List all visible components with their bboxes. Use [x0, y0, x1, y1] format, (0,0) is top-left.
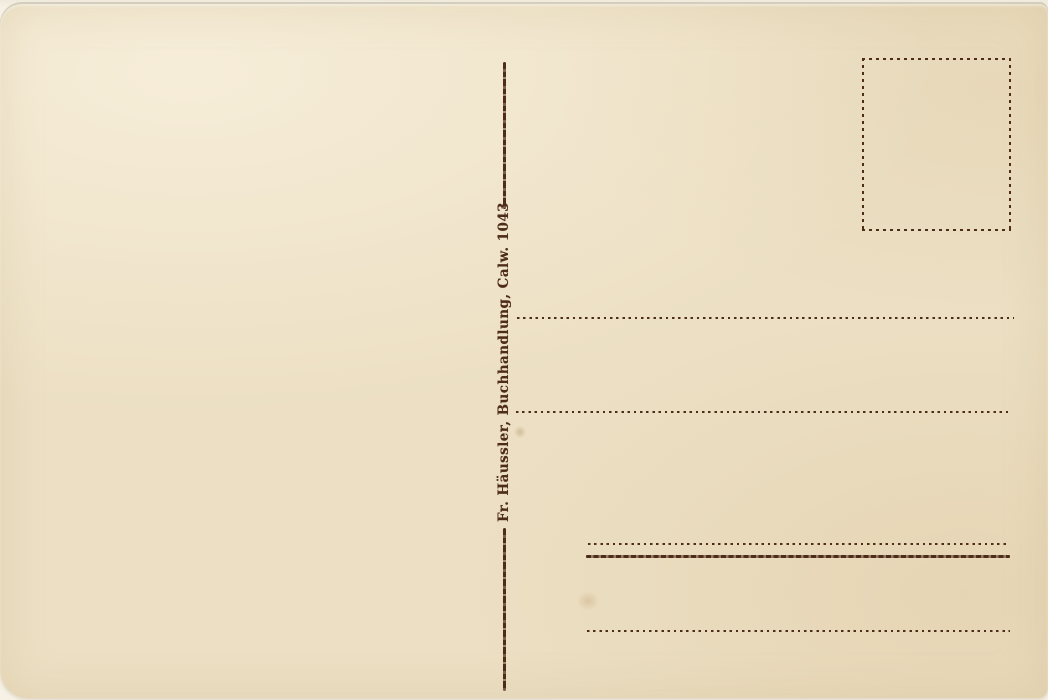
address-line-3-heavy — [586, 555, 1010, 558]
address-line-1 — [517, 317, 1014, 319]
divider-rule-top — [503, 62, 506, 209]
postcard-back: Fr. Häussler, Buchhandlung, Calw. 1043 — [0, 4, 1048, 698]
address-line-2 — [516, 411, 1008, 413]
stamp-box — [862, 58, 1011, 231]
publisher-imprint: Fr. Häussler, Buchhandlung, Calw. 1043 — [489, 210, 519, 514]
scan-background: Fr. Häussler, Buchhandlung, Calw. 1043 — [0, 0, 1048, 700]
address-line-4 — [587, 630, 1010, 632]
address-line-3-dotted — [588, 543, 1009, 545]
divider-rule-bottom — [503, 528, 506, 691]
